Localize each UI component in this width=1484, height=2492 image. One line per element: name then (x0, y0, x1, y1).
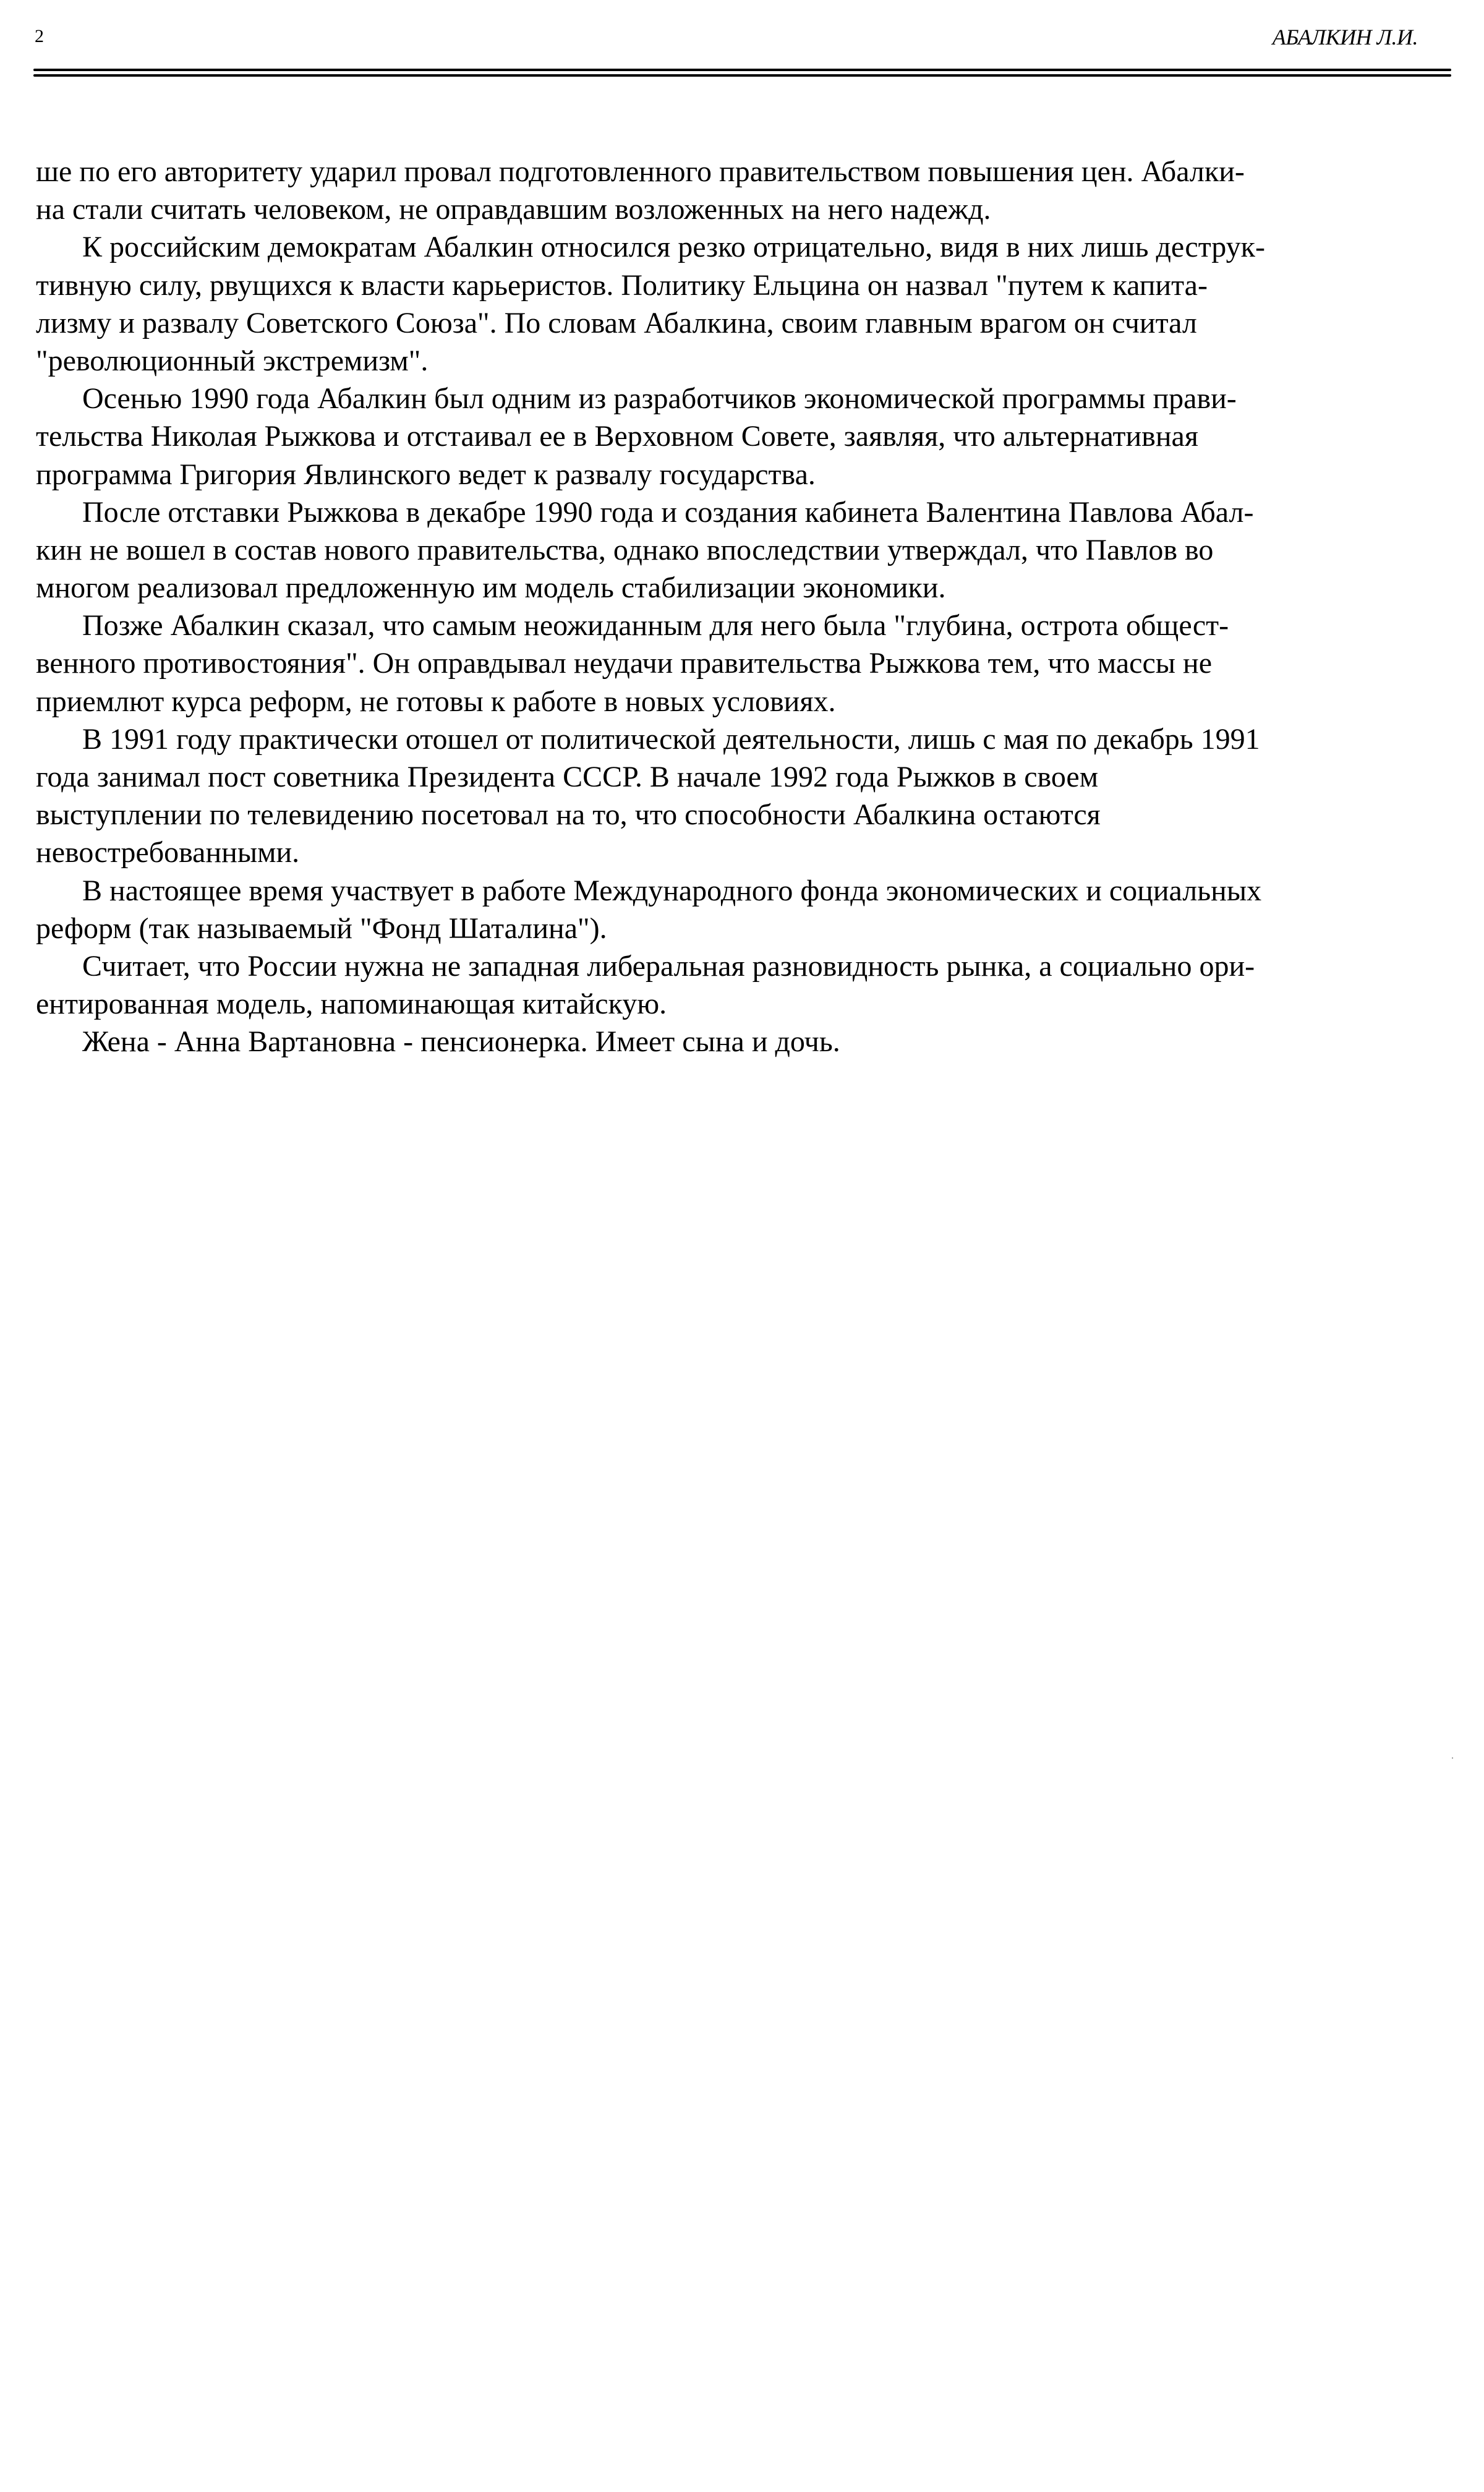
text-line: Жена - Анна Вартановна - пенсионерка. Им… (36, 1023, 1439, 1060)
text-line: После отставки Рыжкова в декабре 1990 го… (36, 493, 1439, 531)
text-line: ше по его авторитету ударил провал подго… (36, 153, 1439, 190)
paragraph: Жена - Анна Вартановна - пенсионерка. Им… (36, 1023, 1439, 1060)
header-rule-bottom (33, 74, 1451, 77)
paragraph: После отставки Рыжкова в декабре 1990 го… (36, 493, 1439, 607)
text-line: лизму и развалу Советского Союза". По сл… (36, 304, 1439, 342)
body-text: ше по его авторитету ударил провал подго… (36, 153, 1439, 1061)
text-line: года занимал пост советника Президента С… (36, 758, 1439, 796)
text-line: В настоящее время участвует в работе Меж… (36, 872, 1439, 910)
text-line: приемлют курса реформ, не готовы к работ… (36, 683, 1439, 720)
text-line: невостребованными. (36, 834, 1439, 871)
paragraph: В настоящее время участвует в работе Меж… (36, 872, 1439, 947)
text-line: многом реализовал предложенную им модель… (36, 569, 1439, 607)
text-line: "революционный экстремизм". (36, 342, 1439, 380)
text-line: реформ (так называемый "Фонд Шаталина"). (36, 910, 1439, 947)
text-line: кин не вошел в состав нового правительст… (36, 531, 1439, 569)
text-line: тивную силу, рвущихся к власти карьерист… (36, 267, 1439, 304)
text-line: В 1991 году практически отошел от полити… (36, 720, 1439, 758)
text-line: выступлении по телевидению посетовал на … (36, 796, 1439, 834)
text-line: венного противостояния". Он оправдывал н… (36, 644, 1439, 682)
paragraph: К российским демократам Абалкин относилс… (36, 228, 1439, 380)
text-line: на стали считать человеком, не оправдавш… (36, 190, 1439, 228)
scan-speck (1452, 1757, 1453, 1759)
page-number: 2 (35, 27, 44, 46)
paragraph: ше по его авторитету ударил провал подго… (36, 153, 1439, 228)
paragraph: Считает, что России нужна не западная ли… (36, 947, 1439, 1023)
text-line: Позже Абалкин сказал, что самым неожидан… (36, 607, 1439, 644)
text-line: ентированная модель, напоминающая китайс… (36, 985, 1439, 1023)
text-line: программа Григория Явлинского ведет к ра… (36, 456, 1439, 493)
paragraph: Осенью 1990 года Абалкин был одним из ра… (36, 380, 1439, 493)
text-line: Осенью 1990 года Абалкин был одним из ра… (36, 380, 1439, 417)
paragraph: В 1991 году практически отошел от полити… (36, 720, 1439, 872)
text-line: тельства Николая Рыжкова и отстаивал ее … (36, 417, 1439, 455)
running-title: АБАЛКИН Л.И. (1273, 26, 1418, 48)
paragraph: Позже Абалкин сказал, что самым неожидан… (36, 607, 1439, 720)
text-line: Считает, что России нужна не западная ли… (36, 947, 1439, 985)
header-rule-top (33, 69, 1451, 71)
text-line: К российским демократам Абалкин относилс… (36, 228, 1439, 266)
